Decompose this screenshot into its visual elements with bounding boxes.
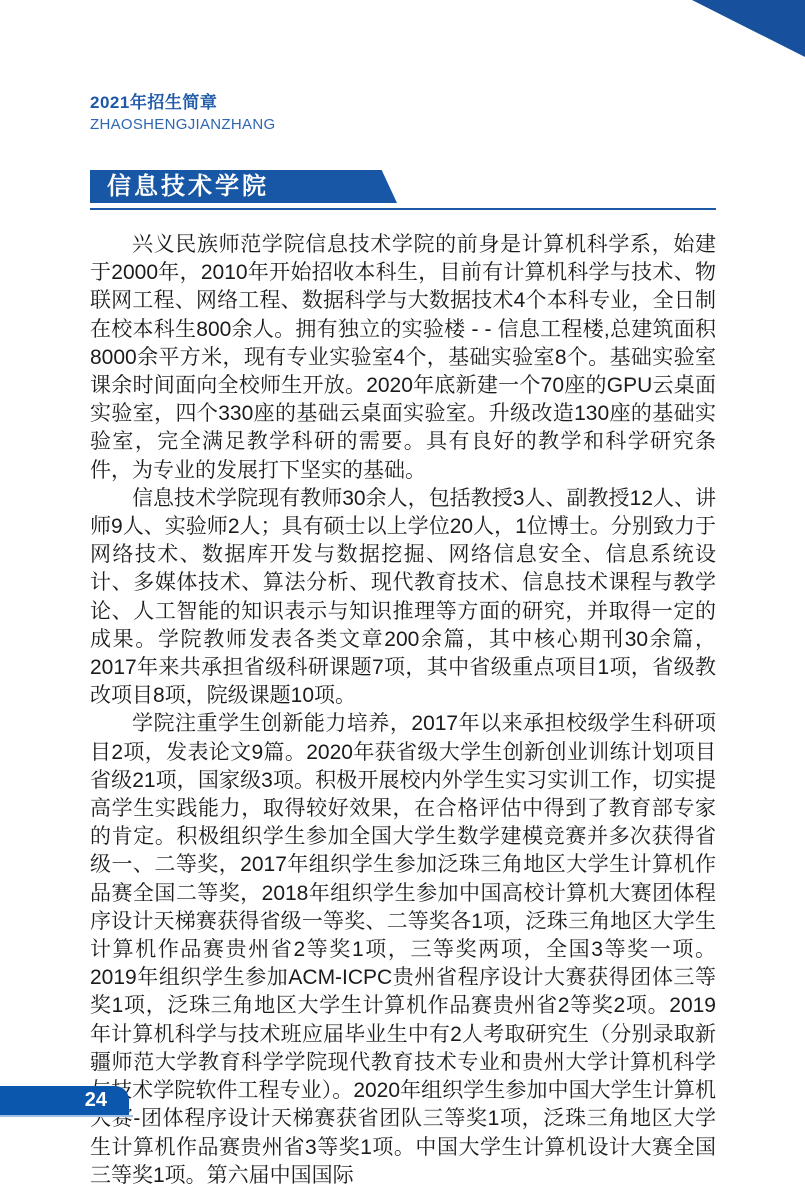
page-subtitle: ZHAOSHENGJIANZHANG (90, 116, 275, 133)
page-header: 2021年招生简章 ZHAOSHENGJIANZHANG (90, 88, 275, 133)
page-number-underline (0, 1115, 133, 1117)
body-text: 兴义民族师范学院信息技术学院的前身是计算机科学系，始建于2000年，2010年开… (90, 231, 716, 1190)
brochure-page: 2021年招生简章 ZHAOSHENGJIANZHANG 信息技术学院 兴义民族… (0, 0, 805, 1191)
page-title: 2021年招生简章 (90, 88, 275, 113)
section-title: 信息技术学院 (107, 173, 269, 200)
paragraph: 学院注重学生创新能力培养，2017年以来承担校级学生科研项目2项，发表论文9篇。… (90, 710, 716, 1189)
page-number-tab: 24 (0, 1086, 129, 1115)
paragraph: 兴义民族师范学院信息技术学院的前身是计算机科学系，始建于2000年，2010年开… (90, 231, 716, 485)
corner-triangle-decoration (692, 0, 805, 57)
page-number: 24 (85, 1089, 107, 1111)
section-banner: 信息技术学院 (90, 170, 397, 203)
paragraph: 信息技术学院现有教师30余人，包括教授3人、副教授12人、讲师9人、实验师2人；… (90, 485, 716, 711)
divider-rule (90, 208, 716, 210)
